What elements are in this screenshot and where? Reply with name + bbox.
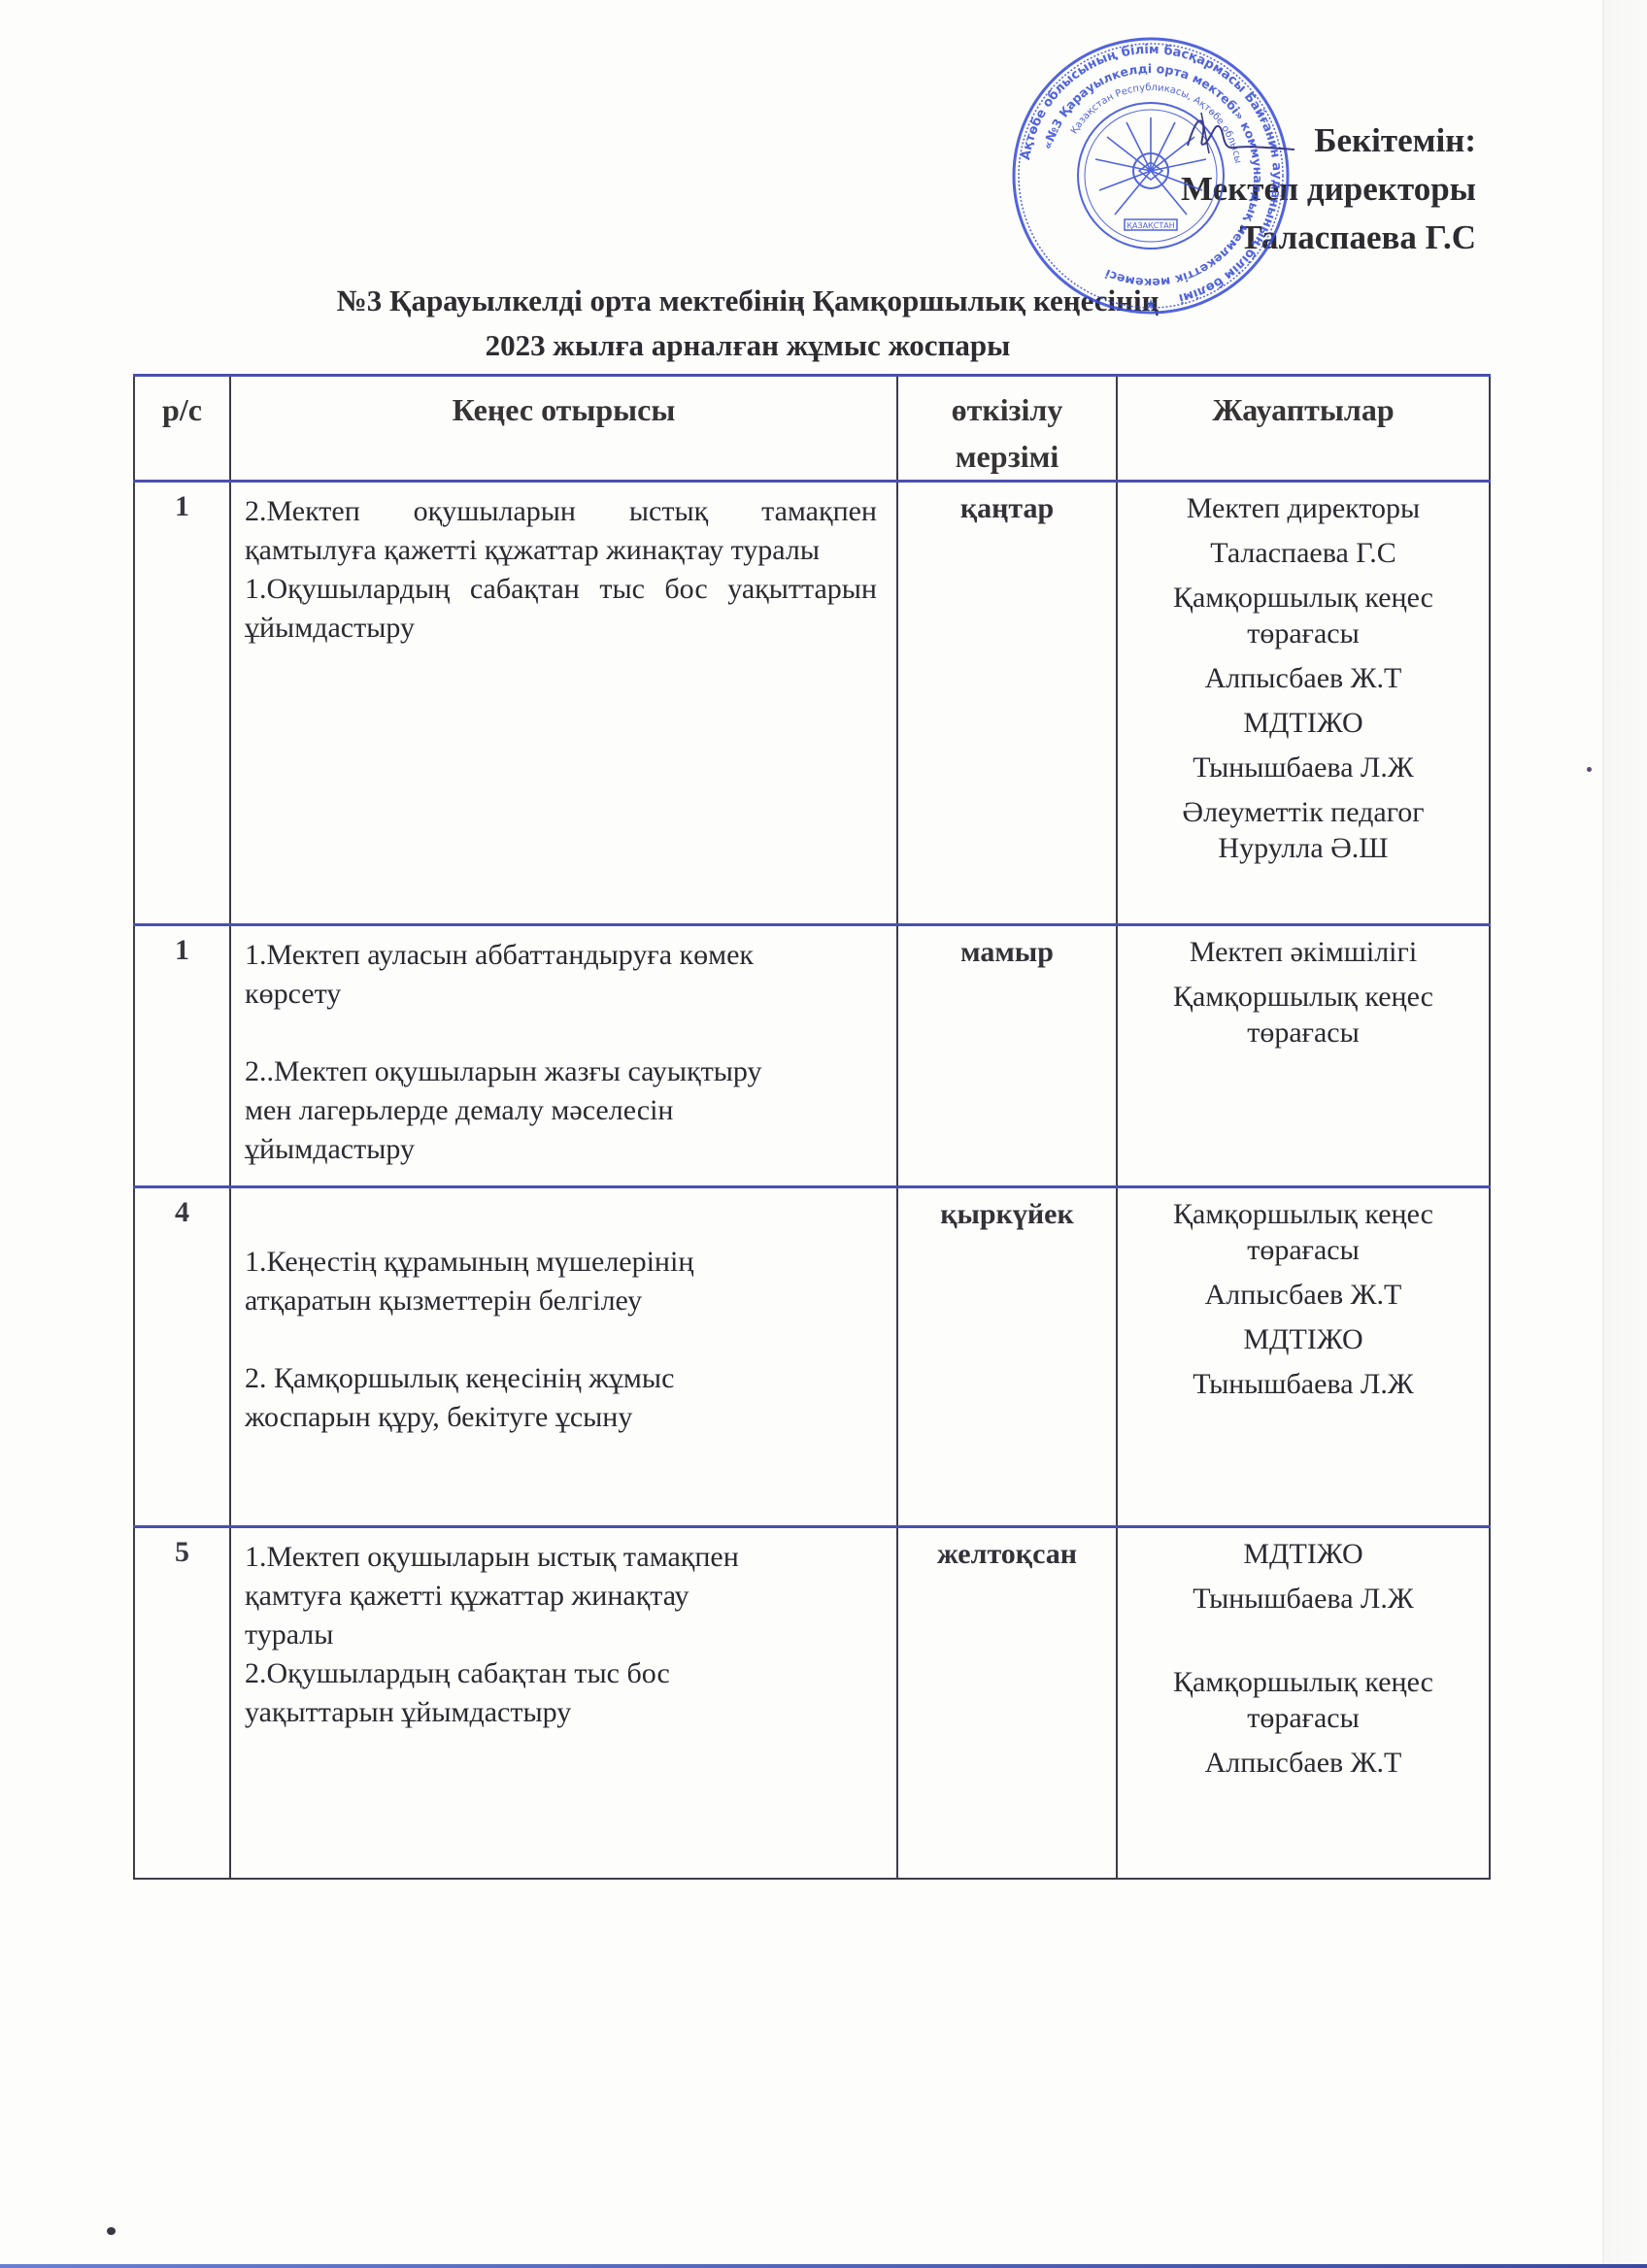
- responsible-line: төрағасы: [1118, 1232, 1489, 1268]
- responsible-line: МДТІЖО: [1118, 1321, 1489, 1357]
- responsible-line: Нурулла Ә.Ш: [1118, 830, 1489, 866]
- table-row: 5 1.Мектеп оқушыларын ыстық тамақпен қам…: [134, 1527, 1490, 1879]
- table-row: 4 1.Кеңестің құрамының мүшелерінің атқар…: [134, 1187, 1490, 1527]
- responsible-line: Тынышбаева Л.Ж: [1118, 1581, 1489, 1617]
- row-date: қыркүйек: [897, 1187, 1117, 1527]
- header-num: р/с: [134, 376, 230, 482]
- row-date: желтоқсан: [897, 1527, 1117, 1879]
- table-row: 1 1.Мектеп ауласын аббаттандыруға көмек …: [134, 925, 1490, 1187]
- topic-item: 2..Мектеп оқушыларын жазғы сауықтыру мен…: [245, 1052, 877, 1169]
- row-topic: 2.Мектеп оқушыларын ыстық тамақпен қамты…: [230, 482, 897, 925]
- responsible-line: Қамқоршылық кеңес: [1118, 1196, 1489, 1232]
- header-responsible: Жауаптылар: [1117, 376, 1490, 482]
- approval-position: Мектеп директоры: [1181, 165, 1476, 214]
- responsible-line: төрағасы: [1118, 1015, 1489, 1051]
- topic-item: 1.Мектеп оқушыларын ыстық тамақпен қамту…: [245, 1538, 877, 1654]
- row-number: 1: [134, 925, 230, 1187]
- scan-edge: [1602, 0, 1647, 2268]
- topic-item: 2.Оқушылардың сабақтан тыс бос уақыттары…: [245, 1654, 877, 1732]
- responsible-line: Тынышбаева Л.Ж: [1118, 1366, 1489, 1402]
- row-topic: 1.Кеңестің құрамының мүшелерінің атқарат…: [230, 1187, 897, 1527]
- responsible-line: Тынышбаева Л.Ж: [1118, 750, 1489, 785]
- work-plan-table: р/с Кеңес отырысы өткізілу мерзімі Жауап…: [133, 374, 1491, 1880]
- topic-item: 1.Мектеп ауласын аббаттандыруға көмек кө…: [245, 936, 877, 1014]
- topic-item: 2. Қамқоршылық кеңесінің жұмыс жоспарын …: [245, 1359, 877, 1437]
- responsible-line: Таласпаева Г.С: [1118, 535, 1489, 571]
- approval-name: Таласпаева Г.С: [1181, 214, 1476, 262]
- responsible-line: төрағасы: [1118, 616, 1489, 651]
- responsible-line: Мектеп әкімшілігі: [1118, 934, 1489, 970]
- row-topic: 1.Мектеп ауласын аббаттандыруға көмек кө…: [230, 925, 897, 1187]
- row-topic: 1.Мектеп оқушыларын ыстық тамақпен қамту…: [230, 1527, 897, 1879]
- responsible-line: Әлеуметтік педагог: [1118, 794, 1489, 830]
- scan-speck: [107, 2227, 116, 2235]
- row-number: 1: [134, 482, 230, 925]
- row-responsible: Қамқоршылық кеңес төрағасы Алпысбаев Ж.Т…: [1117, 1187, 1490, 1527]
- responsible-line: Алпысбаев Ж.Т: [1118, 660, 1489, 696]
- responsible-line: Қамқоршылық кеңес: [1118, 1664, 1489, 1700]
- topic-item: 1.Оқушылардың сабақтан тыс бос уақыттары…: [245, 570, 877, 648]
- header-date: өткізілу мерзімі: [897, 376, 1117, 482]
- responsible-line: МДТІЖО: [1118, 705, 1489, 741]
- responsible-line: төрағасы: [1118, 1700, 1489, 1736]
- document-title: №3 Қарауылкелді орта мектебінің Қамқоршы…: [155, 283, 1340, 318]
- row-responsible: Мектеп директоры Таласпаева Г.С Қамқоршы…: [1117, 482, 1490, 925]
- scan-speck: [1587, 767, 1592, 772]
- row-responsible: МДТІЖО Тынышбаева Л.Ж Қамқоршылық кеңес …: [1117, 1527, 1490, 1879]
- topic-item: 2.Мектеп оқушыларын ыстық тамақпен қамты…: [245, 492, 877, 570]
- table-header-row: р/с Кеңес отырысы өткізілу мерзімі Жауап…: [134, 376, 1490, 482]
- responsible-line: Алпысбаев Ж.Т: [1118, 1277, 1489, 1313]
- responsible-line: Қамқоршылық кеңес: [1118, 979, 1489, 1015]
- row-date: мамыр: [897, 925, 1117, 1187]
- document-subtitle: 2023 жылға арналған жұмыс жоспары: [155, 328, 1340, 363]
- table-row: 1 2.Мектеп оқушыларын ыстық тамақпен қам…: [134, 482, 1490, 925]
- topic-item: 1.Кеңестің құрамының мүшелерінің атқарат…: [245, 1243, 877, 1320]
- responsible-line: МДТІЖО: [1118, 1536, 1489, 1572]
- responsible-line: Мектеп директоры: [1118, 490, 1489, 526]
- header-topic: Кеңес отырысы: [230, 376, 897, 482]
- signature-icon: [1180, 107, 1296, 165]
- row-number: 4: [134, 1187, 230, 1527]
- responsible-line: Алпысбаев Ж.Т: [1118, 1745, 1489, 1781]
- responsible-line: Қамқоршылық кеңес: [1118, 580, 1489, 616]
- scan-bottom-edge: [0, 2264, 1647, 2268]
- svg-text:ҚАЗАҚСТАН: ҚАЗАҚСТАН: [1126, 221, 1174, 230]
- row-responsible: Мектеп әкімшілігі Қамқоршылық кеңес төра…: [1117, 925, 1490, 1187]
- responsible-spacer: [1118, 1625, 1489, 1664]
- row-date: қаңтар: [897, 482, 1117, 925]
- row-number: 5: [134, 1527, 230, 1879]
